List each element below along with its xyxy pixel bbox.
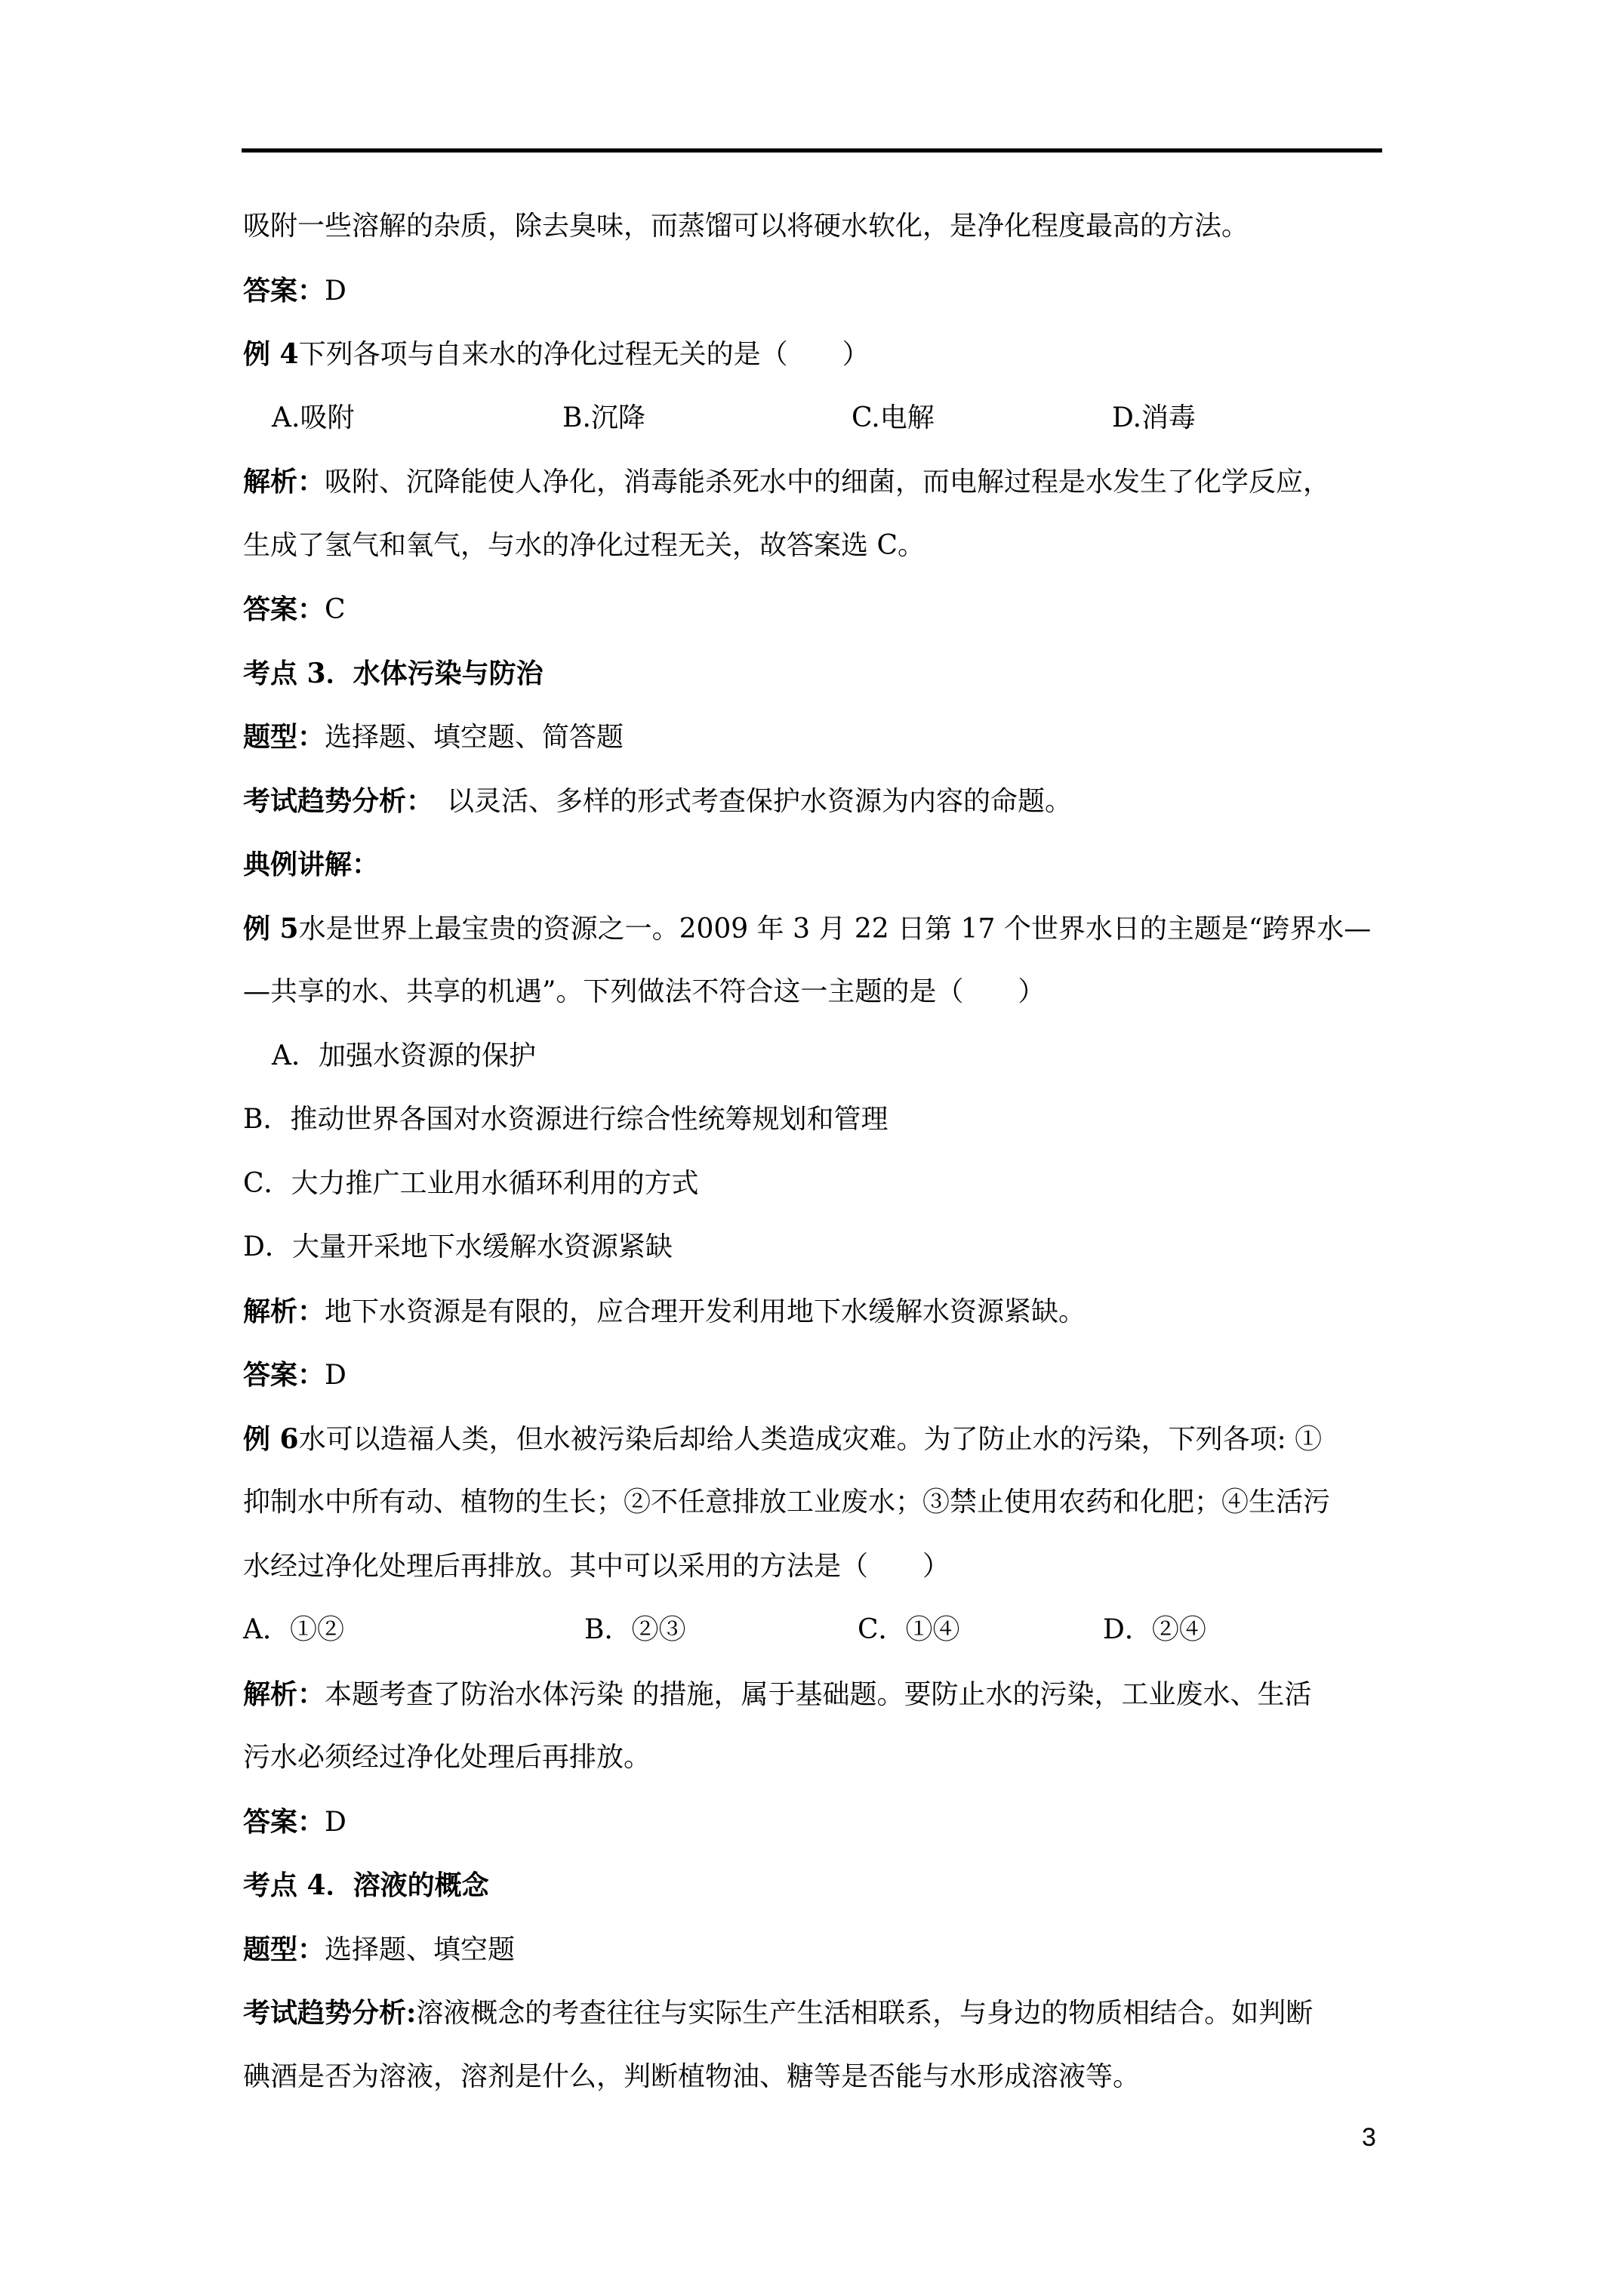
question-text: 抑制水中所有动、植物的生长；②不任意排放工业废水；③禁止使用农药和化肥；④生活污 <box>243 1487 1330 1518</box>
example-6-options: A．①② B．②③ C．①④ D．②④ <box>243 1598 1387 1663</box>
keypoint-3-trend: 考试趋势分析： 以灵活、多样的形式考查保护水资源为内容的命题。 <box>243 769 1387 834</box>
answer-label: 答案： <box>243 1359 325 1391</box>
example-label: 例 6 <box>243 1423 299 1455</box>
example-6-question-cont: 抑制水中所有动、植物的生长；②不任意排放工业废水；③禁止使用农药和化肥；④生活污 <box>243 1471 1387 1535</box>
example-5-question-cont: —共享的水、共享的机遇”。下列做法不符合这一主题的是（ ） <box>243 960 1387 1025</box>
example-4-analysis-cont: 生成了氢气和氧气，与水的净化过程无关，故答案选 C。 <box>243 514 1387 578</box>
trend-label: 考试趋势分析： <box>243 785 420 817</box>
option-a: A.吸附 <box>272 387 354 451</box>
answer-label: 答案： <box>243 275 325 307</box>
examples-label: 典例讲解： <box>243 849 379 880</box>
example-4-question: 例 4下列各项与自来水的净化过程无关的是（ ） <box>243 322 1387 387</box>
option-d: D．②④ <box>1103 1598 1206 1663</box>
example-6-question: 例 6水可以造福人类，但水被污染后却给人类造成灾难。为了防止水的污染，下列各项:… <box>243 1407 1387 1472</box>
question-text: —共享的水、共享的机遇”。下列做法不符合这一主题的是（ ） <box>243 976 1045 1007</box>
type-value: 选择题、填空题 <box>325 1934 515 1965</box>
example-5-answer: 答案：D <box>243 1343 1387 1407</box>
trend-value: 以灵活、多样的形式考查保护水资源为内容的命题。 <box>420 786 1072 817</box>
answer-value: C <box>325 594 346 625</box>
keypoint-3-type: 题型：选择题、填空题、简答题 <box>243 705 1387 769</box>
keypoint-3-examples: 典例讲解： <box>243 833 1387 897</box>
example-4-options: A.吸附 B.沉降 C.电解 D.消毒 <box>243 387 1387 451</box>
example-6-answer: 答案：D <box>243 1790 1387 1854</box>
example-5-option-c: C．大力推广工业用水循环利用的方式 <box>243 1152 1387 1216</box>
type-label: 题型： <box>243 1934 325 1965</box>
option-a: A．加强水资源的保护 <box>272 1040 536 1071</box>
trend-value: 溶液概念的考查往往与实际生产生活相联系，与身边的物质相结合。如判断 <box>416 1998 1313 2029</box>
option-c: C.电解 <box>852 387 935 451</box>
example-5-option-b: B．推动世界各国对水资源进行综合性统筹规划和管理 <box>243 1088 1387 1152</box>
example-5-option-a: A．加强水资源的保护 <box>243 1025 1387 1089</box>
analysis-text: 生成了氢气和氧气，与水的净化过程无关，故答案选 C。 <box>243 530 925 561</box>
example-5-question: 例 5水是世界上最宝贵的资源之一。2009 年 3 月 22 日第 17 个世界… <box>243 897 1387 961</box>
answer-value: D <box>325 1807 346 1838</box>
answer-label: 答案： <box>243 1806 325 1838</box>
question-text: 水可以造福人类，但水被污染后却给人类造成灾难。为了防止水的污染，下列各项: ① <box>299 1424 1323 1455</box>
analysis-label: 解析： <box>243 466 325 498</box>
keypoint-4-trend-cont: 碘酒是否为溶液，溶剂是什么，判断植物油、糖等是否能与水形成溶液等。 <box>243 2045 1387 2110</box>
answer-value: D <box>325 276 346 307</box>
question-text: 水经过净化处理后再排放。其中可以采用的方法是（ ） <box>243 1551 950 1582</box>
trend-label: 考试趋势分析: <box>243 1997 416 2029</box>
option-d: D.消毒 <box>1112 387 1196 451</box>
example-4-answer: 答案：C <box>243 578 1387 642</box>
document-body: 吸附一些溶解的杂质，除去臭味，而蒸馏可以将硬水软化，是净化程度最高的方法。 答案… <box>243 195 1387 2109</box>
keypoint-4-heading: 考点 4．溶液的概念 <box>243 1854 1387 1918</box>
type-label: 题型： <box>243 721 325 753</box>
example-4-analysis: 解析：吸附、沉降能使人净化，消毒能杀死水中的细菌，而电解过程是水发生了化学反应， <box>243 450 1387 514</box>
keypoint-4-trend: 考试趋势分析:溶液概念的考查往往与实际生产生活相联系，与身边的物质相结合。如判断 <box>243 1981 1387 2045</box>
trend-value: 碘酒是否为溶液，溶剂是什么，判断植物油、糖等是否能与水形成溶液等。 <box>243 2061 1140 2092</box>
example-6-analysis-cont: 污水必须经过净化处理后再排放。 <box>243 1726 1387 1790</box>
analysis-text: 地下水资源是有限的，应合理开发利用地下水缓解水资源紧缺。 <box>325 1296 1086 1327</box>
option-b: B．②③ <box>584 1598 685 1663</box>
header-rule <box>242 148 1382 153</box>
answer-line: 答案：D <box>243 259 1387 323</box>
analysis-text: 吸附、沉降能使人净化，消毒能杀死水中的细菌，而电解过程是水发生了化学反应， <box>325 467 1330 498</box>
analysis-label: 解析： <box>243 1678 325 1710</box>
question-text: 水是世界上最宝贵的资源之一。2009 年 3 月 22 日第 17 个世界水日的… <box>299 914 1372 945</box>
example-5-analysis: 解析：地下水资源是有限的，应合理开发利用地下水缓解水资源紧缺。 <box>243 1280 1387 1344</box>
example-label: 例 5 <box>243 913 299 945</box>
example-5-option-d: D．大量开采地下水缓解水资源紧缺 <box>243 1216 1387 1280</box>
heading-text: 考点 3．水体污染与防治 <box>243 658 544 689</box>
keypoint-4-type: 题型：选择题、填空题 <box>243 1918 1387 1982</box>
question-text: 下列各项与自来水的净化过程无关的是（ ） <box>299 339 870 370</box>
example-label: 例 4 <box>243 338 299 370</box>
keypoint-3-heading: 考点 3．水体污染与防治 <box>243 642 1387 706</box>
text: 吸附一些溶解的杂质，除去臭味，而蒸馏可以将硬水软化，是净化程度最高的方法。 <box>243 211 1249 242</box>
answer-value: D <box>325 1360 346 1391</box>
example-6-question-cont: 水经过净化处理后再排放。其中可以采用的方法是（ ） <box>243 1535 1387 1599</box>
page-number: 3 <box>1362 2123 1376 2153</box>
option-b: B．推动世界各国对水资源进行综合性统筹规划和管理 <box>243 1104 888 1135</box>
analysis-text: 本题考查了防治水体污染 的措施，属于基础题。要防止水的污染，工业废水、生活 <box>325 1679 1311 1710</box>
type-value: 选择题、填空题、简答题 <box>325 722 624 753</box>
example-6-analysis: 解析：本题考查了防治水体污染 的措施，属于基础题。要防止水的污染，工业废水、生活 <box>243 1663 1387 1727</box>
option-c: C．①④ <box>858 1598 960 1663</box>
option-d: D．大量开采地下水缓解水资源紧缺 <box>243 1231 673 1262</box>
option-a: A．①② <box>243 1598 344 1663</box>
option-c: C．大力推广工业用水循环利用的方式 <box>243 1168 699 1199</box>
option-b: B.沉降 <box>562 387 645 451</box>
heading-text: 考点 4．溶液的概念 <box>243 1869 489 1901</box>
analysis-text: 污水必须经过净化处理后再排放。 <box>243 1742 651 1773</box>
answer-label: 答案： <box>243 593 325 625</box>
paragraph-line: 吸附一些溶解的杂质，除去臭味，而蒸馏可以将硬水软化，是净化程度最高的方法。 <box>243 195 1387 259</box>
analysis-label: 解析： <box>243 1296 325 1327</box>
